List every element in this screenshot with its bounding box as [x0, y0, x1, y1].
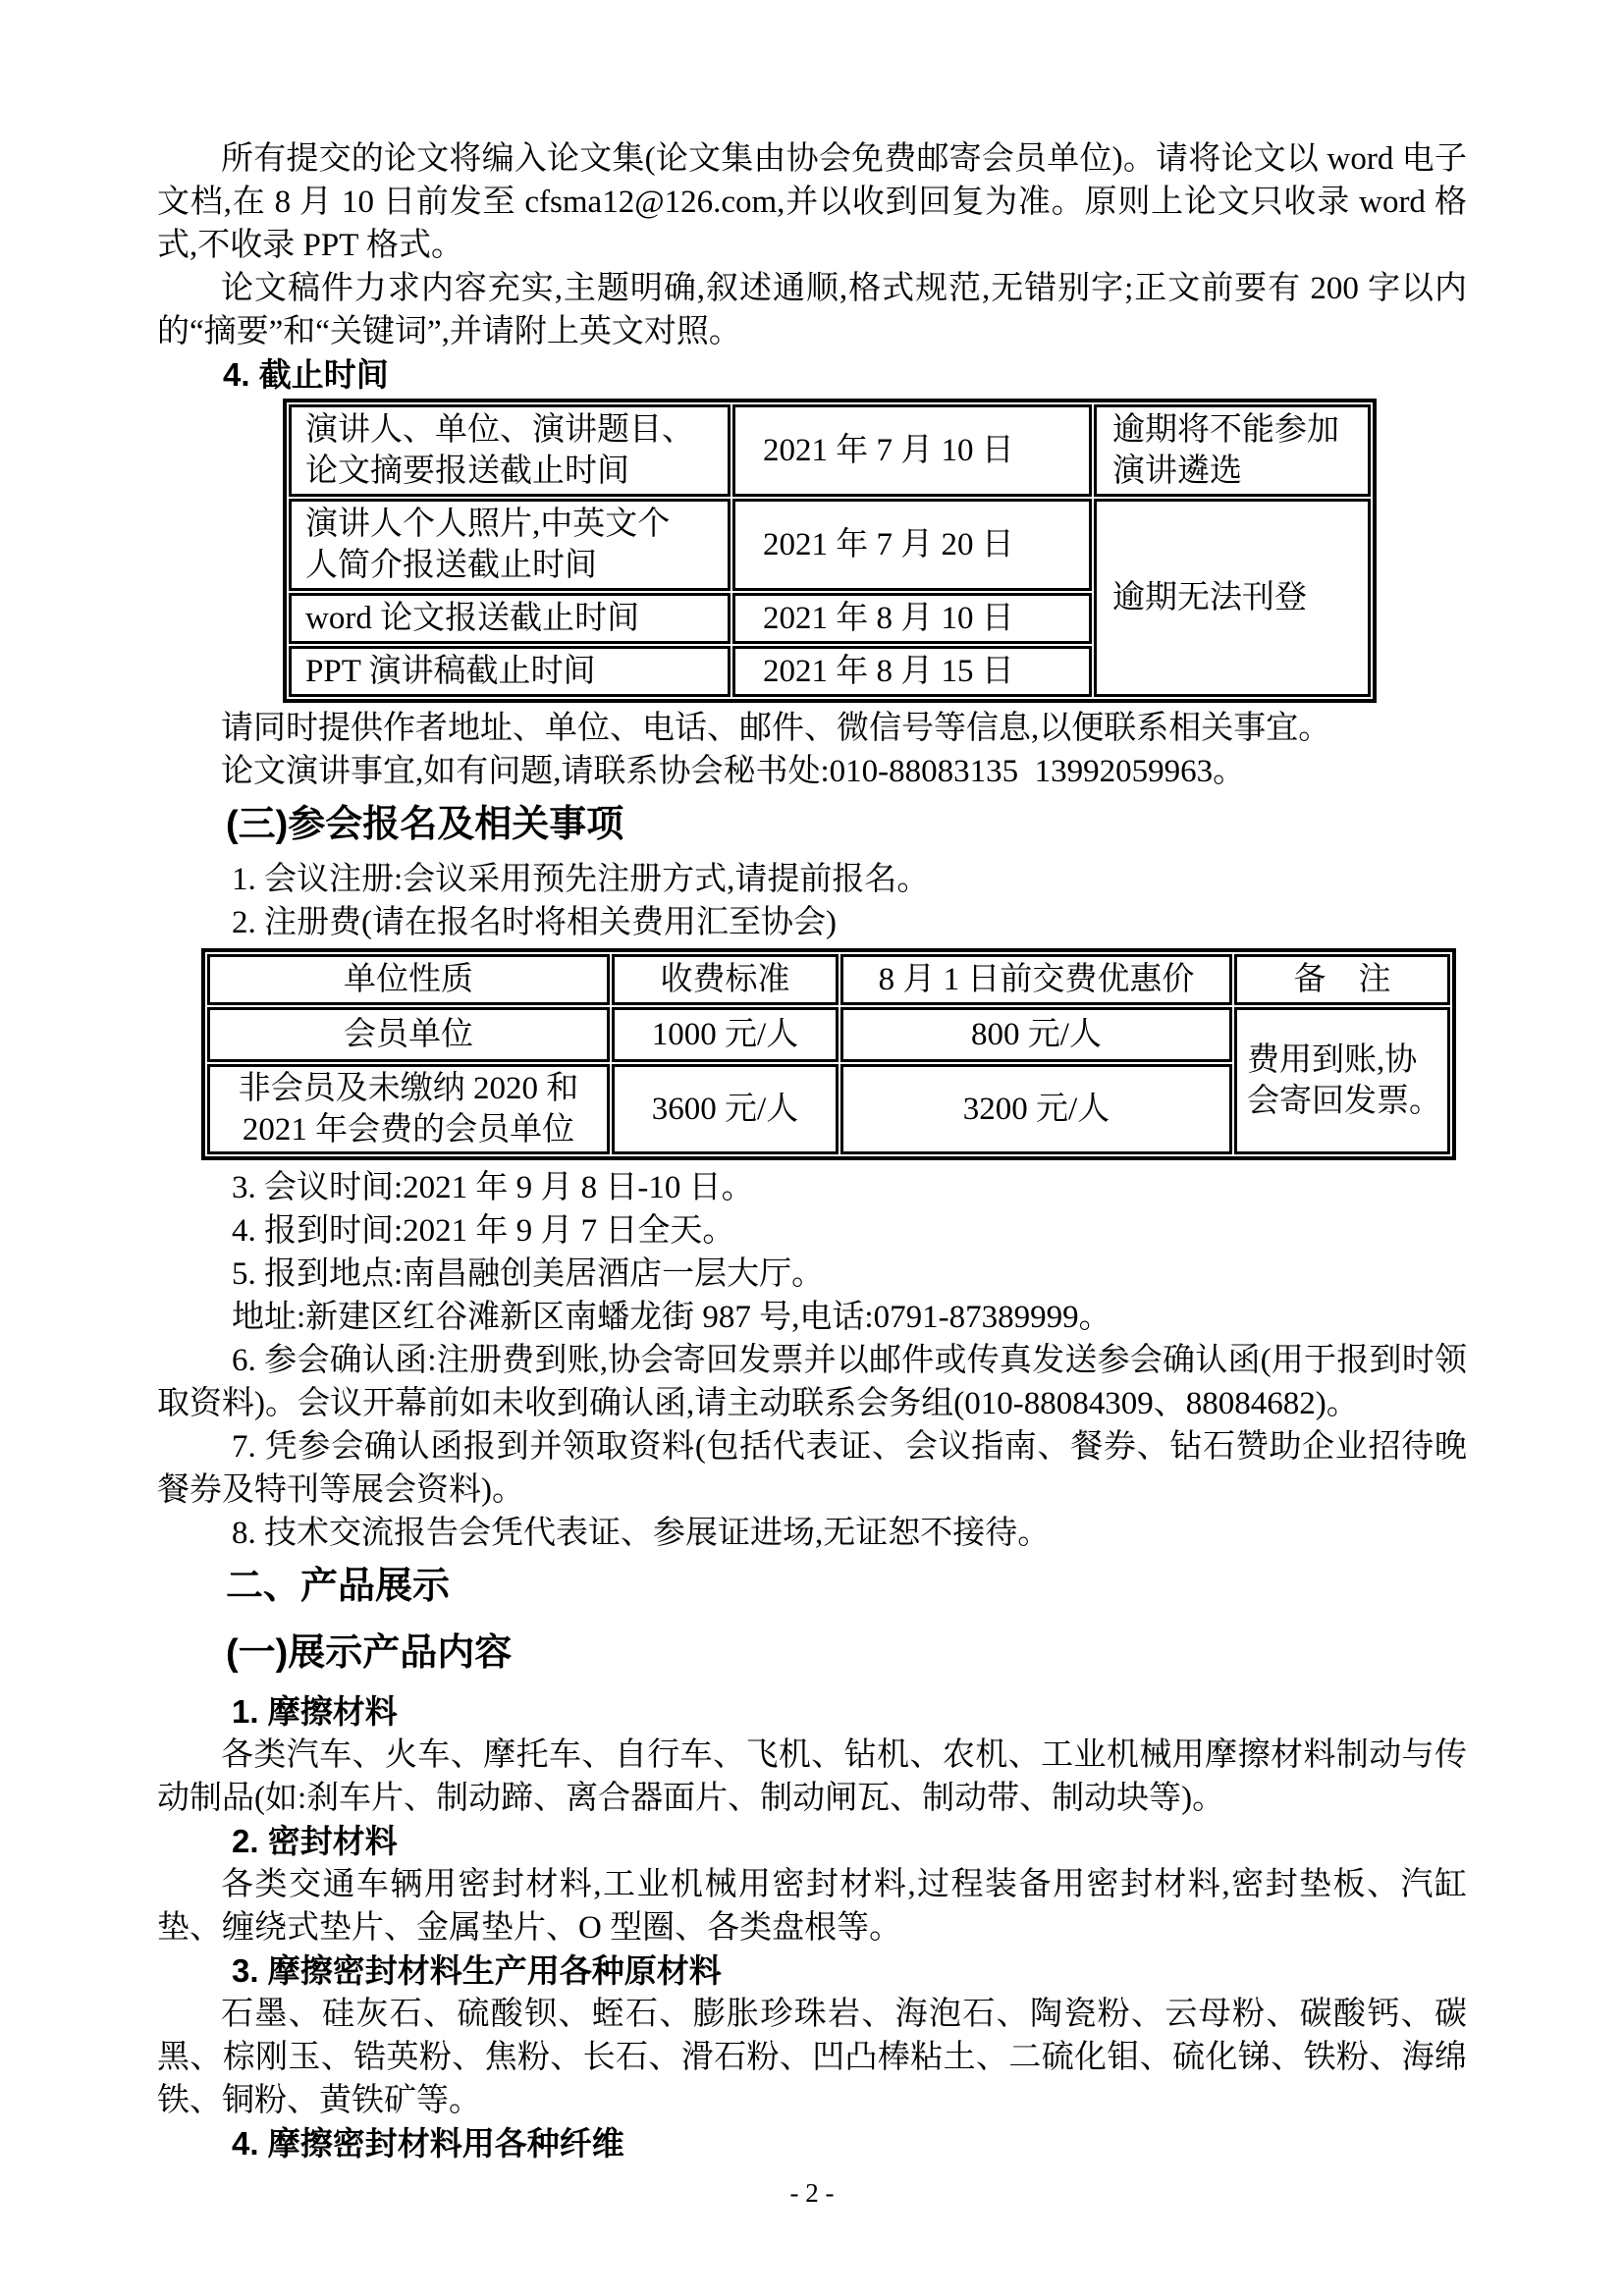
deadline-date: 2021 年 8 月 10 日	[732, 593, 1092, 644]
deadline-date: 2021 年 7 月 20 日	[732, 499, 1092, 591]
deadline-item: PPT 演讲稿截止时间	[289, 646, 731, 697]
page-number: - 2 -	[157, 2175, 1467, 2211]
registration-item-3: 3. 会议时间:2021 年 9 月 8 日-10 日。	[157, 1166, 1467, 1209]
fee-standard: 3600 元/人	[612, 1064, 839, 1154]
fee-header-standard: 收费标准	[612, 954, 839, 1005]
deadline-note-merged: 逾期无法刊登	[1094, 499, 1371, 697]
intro-paragraph-2: 论文稿件力求内容充实,主题明确,叙述通顺,格式规范,无错别字;正文前要有 200…	[157, 267, 1467, 353]
deadline-date: 2021 年 8 月 15 日	[732, 646, 1092, 697]
product-category-2-text: 各类交通车辆用密封材料,工业机械用密封材料,过程装备用密封材料,密封垫板、汽缸垫…	[157, 1863, 1467, 1949]
deadline-item: 演讲人、单位、演讲题目、论文摘要报送截止时间	[289, 404, 731, 497]
registration-item-8: 8. 技术交流报告会凭代表证、参展证进场,无证恕不接待。	[157, 1512, 1467, 1555]
registration-item-1: 1. 会议注册:会议采用预先注册方式,请提前报名。	[157, 858, 1467, 901]
fee-table: 单位性质 收费标准 8 月 1 日前交费优惠价 备 注 会员单位 1000 元/…	[201, 948, 1456, 1160]
product-category-2-title: 2. 密封材料	[157, 1820, 1467, 1863]
registration-item-2: 2. 注册费(请在报名时将相关费用汇至协会)	[157, 901, 1467, 944]
products-section-title: 二、产品展示	[157, 1561, 1467, 1612]
registration-item-5: 5. 报到地点:南昌融创美居酒店一层大厅。	[157, 1253, 1467, 1296]
deadline-section-title: 4. 截止时间	[157, 353, 1467, 397]
fee-type: 会员单位	[207, 1007, 610, 1062]
product-category-3-text: 石墨、硅灰石、硫酸钡、蛭石、膨胀珍珠岩、海泡石、陶瓷粉、云母粉、碳酸钙、碳黑、棕…	[157, 1993, 1467, 2122]
table-row: 会员单位 1000 元/人 800 元/人 费用到账,协会寄回发票。	[207, 1007, 1450, 1062]
table-header-row: 单位性质 收费标准 8 月 1 日前交费优惠价 备 注	[207, 954, 1450, 1005]
deadline-note-1: 请同时提供作者地址、单位、电话、邮件、微信号等信息,以便联系相关事宜。	[157, 707, 1467, 750]
document-page: 所有提交的论文将编入论文集(论文集由协会免费邮寄会员单位)。请将论文以 word…	[0, 0, 1624, 2296]
registration-section-title: (三)参会报名及相关事项	[157, 799, 1467, 850]
deadline-item: 演讲人个人照片,中英文个人简介报送截止时间	[289, 499, 731, 591]
table-row: 演讲人、单位、演讲题目、论文摘要报送截止时间 2021 年 7 月 10 日 逾…	[289, 404, 1371, 497]
products-subsection-title: (一)展示产品内容	[157, 1628, 1467, 1679]
product-category-1-text: 各类汽车、火车、摩托车、自行车、飞机、钻机、农机、工业机械用摩擦材料制动与传动制…	[157, 1734, 1467, 1820]
fee-header-type: 单位性质	[207, 954, 610, 1005]
deadline-date: 2021 年 7 月 10 日	[732, 404, 1092, 497]
product-category-4-title: 4. 摩擦密封材料用各种纤维	[157, 2122, 1467, 2165]
fee-header-discount: 8 月 1 日前交费优惠价	[840, 954, 1232, 1005]
registration-item-4: 4. 报到时间:2021 年 9 月 7 日全天。	[157, 1209, 1467, 1253]
deadline-note-2: 论文演讲事宜,如有问题,请联系协会秘书处:010-88083135 139920…	[157, 750, 1467, 793]
registration-address: 地址:新建区红谷滩新区南蟠龙街 987 号,电话:0791-87389999。	[157, 1296, 1467, 1339]
fee-type: 非会员及未缴纳 2020 和 2021 年会费的会员单位	[207, 1064, 610, 1154]
deadline-note: 逾期将不能参加演讲遴选	[1094, 404, 1371, 497]
fee-standard: 1000 元/人	[612, 1007, 839, 1062]
fee-note-merged: 费用到账,协会寄回发票。	[1234, 1007, 1450, 1154]
fee-header-note: 备 注	[1234, 954, 1450, 1005]
fee-discount: 3200 元/人	[840, 1064, 1232, 1154]
table-row: 演讲人个人照片,中英文个人简介报送截止时间 2021 年 7 月 20 日 逾期…	[289, 499, 1371, 591]
registration-item-6: 6. 参会确认函:注册费到账,协会寄回发票并以邮件或传真发送参会确认函(用于报到…	[157, 1339, 1467, 1425]
registration-item-7: 7. 凭参会确认函报到并领取资料(包括代表证、会议指南、餐券、钻石赞助企业招待晚…	[157, 1425, 1467, 1512]
intro-paragraph-1: 所有提交的论文将编入论文集(论文集由协会免费邮寄会员单位)。请将论文以 word…	[157, 137, 1467, 267]
fee-discount: 800 元/人	[840, 1007, 1232, 1062]
deadline-item: word 论文报送截止时间	[289, 593, 731, 644]
product-category-3-title: 3. 摩擦密封材料生产用各种原材料	[157, 1949, 1467, 1993]
deadline-table: 演讲人、单位、演讲题目、论文摘要报送截止时间 2021 年 7 月 10 日 逾…	[283, 399, 1377, 703]
product-category-1-title: 1. 摩擦材料	[157, 1690, 1467, 1734]
